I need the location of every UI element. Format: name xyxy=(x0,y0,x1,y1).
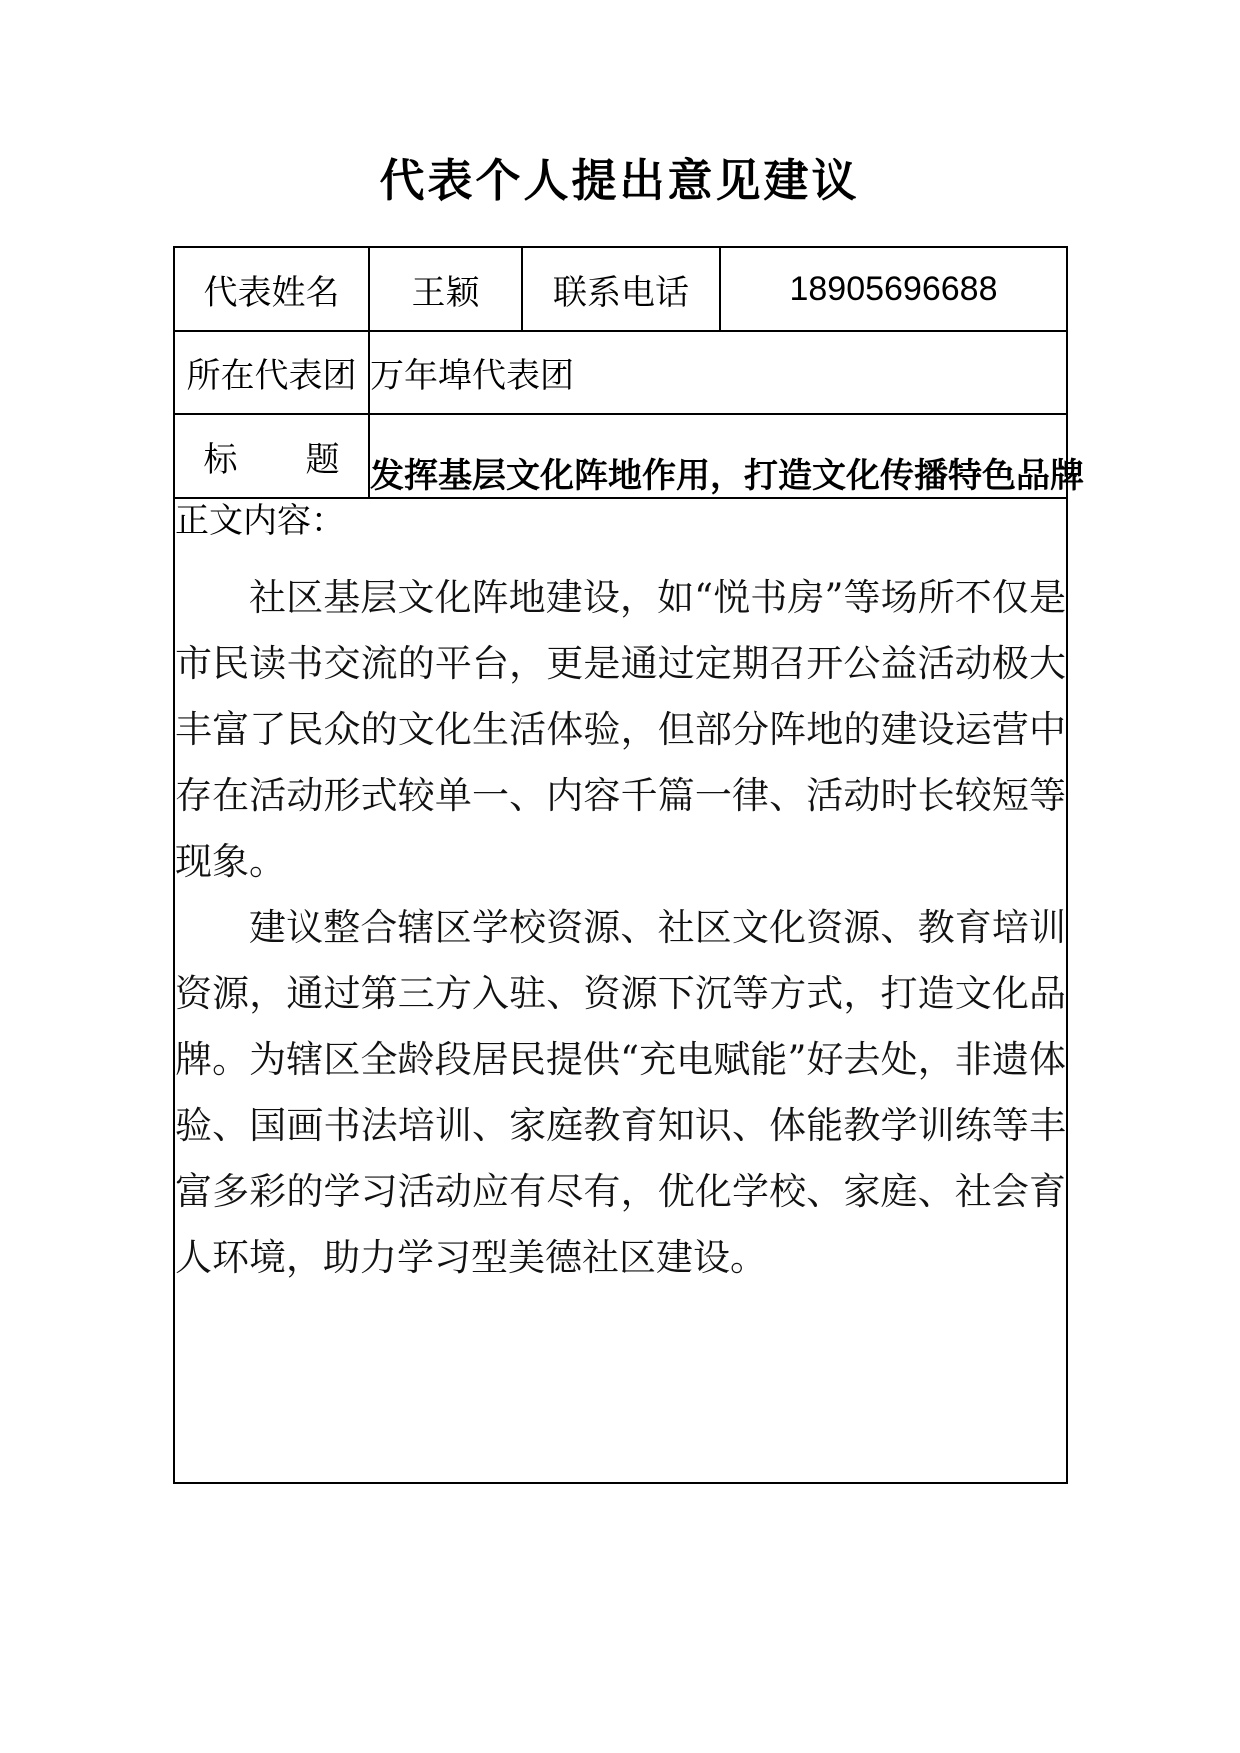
contact-phone-value: 18905696688 xyxy=(720,247,1067,331)
delegation-label: 所在代表团 xyxy=(174,331,369,414)
row-name-phone: 代表姓名 王颖 联系电话 18905696688 xyxy=(174,247,1067,331)
body-content-cell: 正文内容： 社区基层文化阵地建设，如“悦书房”等场所不仅是市民读书交流的平台，更… xyxy=(174,498,1067,1483)
document-title: 代表个人提出意见建议 xyxy=(173,144,1066,209)
document-page: 代表个人提出意见建议 代表姓名 王颖 联系电话 18905696688 所在代表… xyxy=(0,0,1240,1753)
representative-name-value: 王颖 xyxy=(369,247,522,331)
body-content-label: 正文内容： xyxy=(175,499,1066,543)
row-body: 正文内容： 社区基层文化阵地建设，如“悦书房”等场所不仅是市民读书交流的平台，更… xyxy=(174,498,1067,1483)
row-title: 标 题 发挥基层文化阵地作用，打造文化传播特色品牌 xyxy=(174,414,1067,498)
suggestion-form-table: 代表姓名 王颖 联系电话 18905696688 所在代表团 万年埠代表团 标 … xyxy=(173,246,1068,1484)
contact-phone-label: 联系电话 xyxy=(522,247,720,331)
title-value: 发挥基层文化阵地作用，打造文化传播特色品牌 xyxy=(369,414,1067,498)
delegation-value: 万年埠代表团 xyxy=(369,331,1067,414)
body-paragraph-2: 建议整合辖区学校资源、社区文化资源、教育培训资源，通过第三方入驻、资源下沉等方式… xyxy=(175,895,1066,1291)
row-delegation: 所在代表团 万年埠代表团 xyxy=(174,331,1067,414)
body-paragraph-1: 社区基层文化阵地建设，如“悦书房”等场所不仅是市民读书交流的平台，更是通过定期召… xyxy=(175,565,1066,895)
title-label: 标 题 xyxy=(174,414,369,498)
representative-name-label: 代表姓名 xyxy=(174,247,369,331)
